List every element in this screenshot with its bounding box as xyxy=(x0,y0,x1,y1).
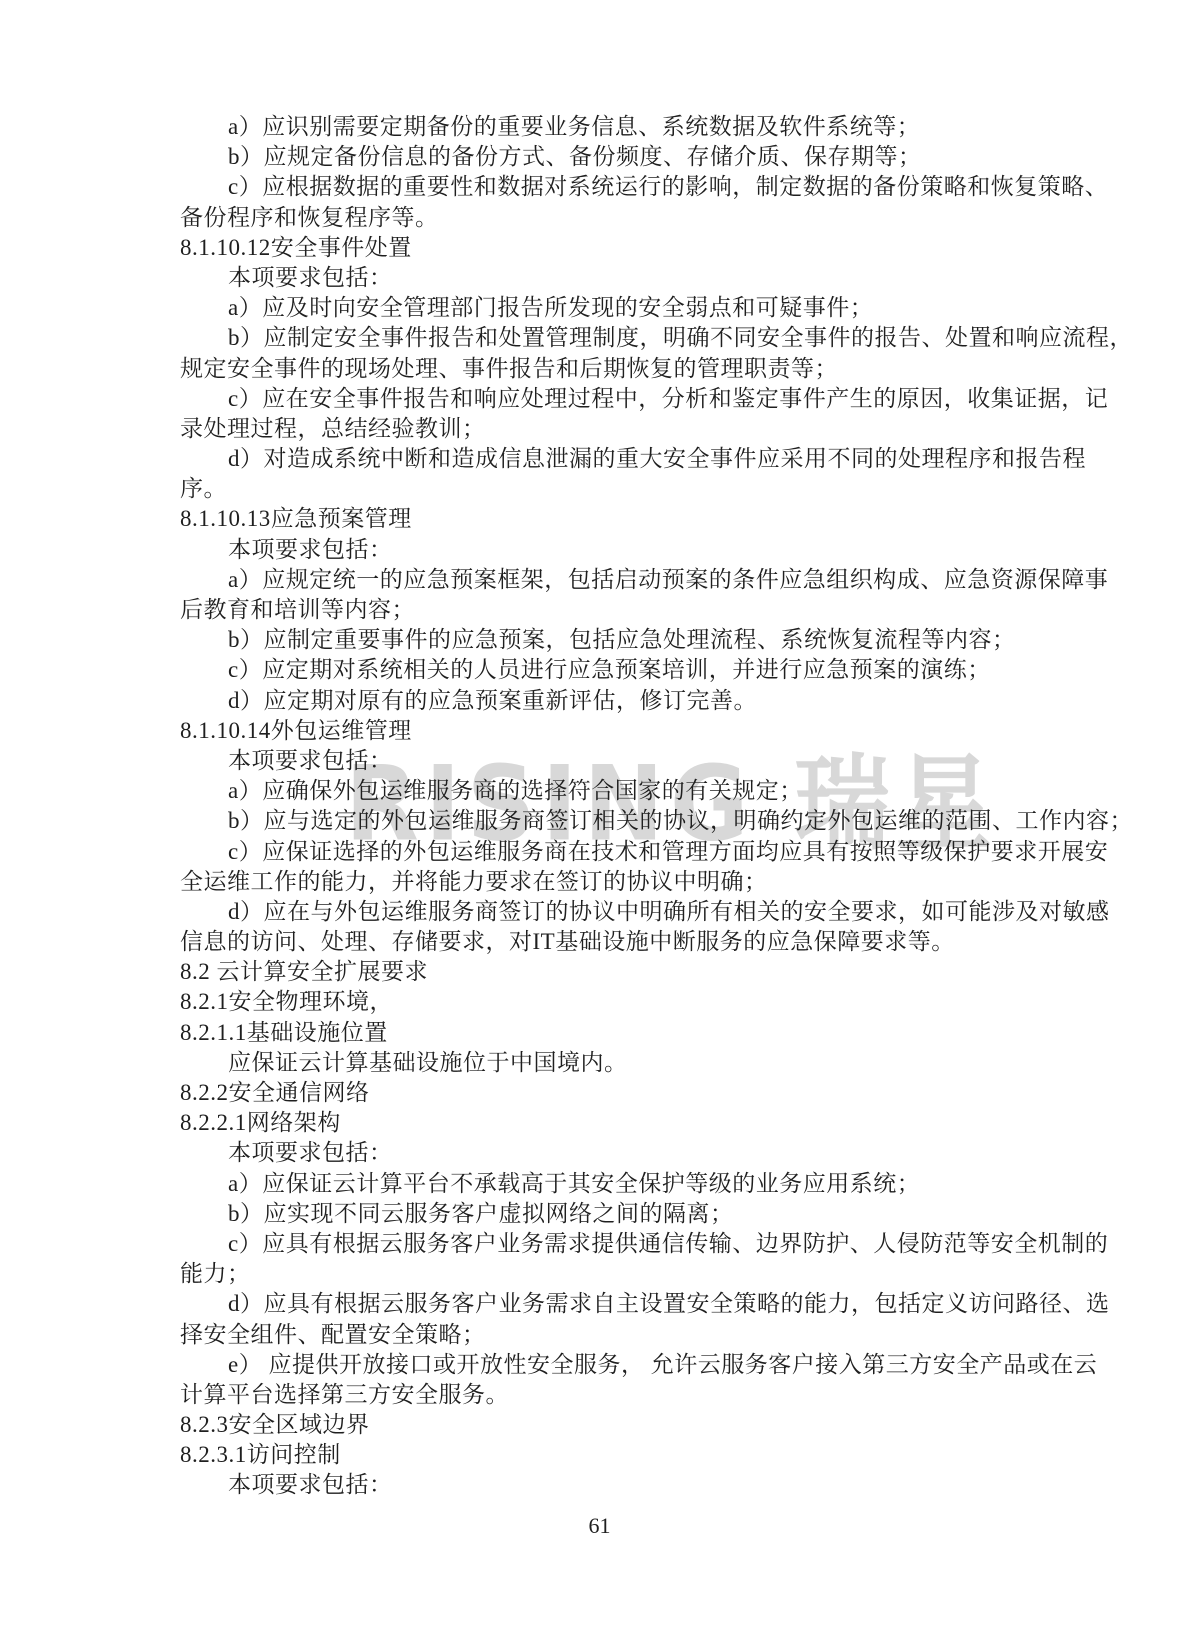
text-line: 择安全组件、配置安全策略； xyxy=(180,1320,1080,1350)
text-line: 能力； xyxy=(180,1259,1080,1289)
text-line: 备份程序和恢复程序等。 xyxy=(180,203,1080,233)
text-line: c）应具有根据云服务客户业务需求提供通信传输、边界防护、人侵防范等安全机制的 xyxy=(180,1229,1080,1259)
text-line: 后教育和培训等内容； xyxy=(180,595,1080,625)
text-line: d）对造成系统中断和造成信息泄漏的重大安全事件应采用不同的处理程序和报告程 xyxy=(180,444,1080,474)
text-block: a）应识别需要定期备份的重要业务信息、系统数据及软件系统等；b）应规定备份信息的… xyxy=(180,112,1080,1501)
text-line: 本项要求包括： xyxy=(180,746,1080,776)
text-line: 本项要求包括： xyxy=(180,1470,1080,1500)
text-line: 8.2.1.1基础设施位置 xyxy=(180,1018,1080,1048)
text-line: b）应实现不同云服务客户虚拟网络之间的隔离； xyxy=(180,1199,1080,1229)
text-line: c）应保证选择的外包运维服务商在技术和管理方面均应具有按照等级保护要求开展安 xyxy=(180,837,1080,867)
text-line: c）应根据数据的重要性和数据对系统运行的影响，制定数据的备份策略和恢复策略、 xyxy=(180,172,1080,202)
text-line: b）应制定重要事件的应急预案，包括应急处理流程、系统恢复流程等内容； xyxy=(180,625,1080,655)
text-line: 8.2.2安全通信网络 xyxy=(180,1078,1080,1108)
text-line: d）应定期对原有的应急预案重新评估，修订完善。 xyxy=(180,686,1080,716)
text-line: a）应识别需要定期备份的重要业务信息、系统数据及软件系统等； xyxy=(180,112,1080,142)
text-line: e） 应提供开放接口或开放性安全服务， 允许云服务客户接入第三方安全产品或在云 xyxy=(180,1350,1080,1380)
text-line: c）应在安全事件报告和响应处理过程中，分析和鉴定事件产生的原因，收集证据，记 xyxy=(180,384,1080,414)
text-line: 8.1.10.13应急预案管理 xyxy=(180,504,1080,534)
text-line: 本项要求包括： xyxy=(180,263,1080,293)
text-line: b）应与选定的外包运维服务商签订相关的协议，明确约定外包运维的范围、工作内容； xyxy=(180,806,1080,836)
text-line: b）应规定备份信息的备份方式、备份频度、存储介质、保存期等； xyxy=(180,142,1080,172)
page-number: 61 xyxy=(0,1513,1199,1539)
text-line: 8.2.3.1访问控制 xyxy=(180,1440,1080,1470)
text-line: a）应确保外包运维服务商的选择符合国家的有关规定； xyxy=(180,776,1080,806)
text-line: 应保证云计算基础设施位于中国境内。 xyxy=(180,1048,1080,1078)
text-line: 本项要求包括： xyxy=(180,1138,1080,1168)
text-line: 录处理过程，总结经验教训； xyxy=(180,414,1080,444)
text-line: 8.2.2.1网络架构 xyxy=(180,1108,1080,1138)
text-line: d）应具有根据云服务客户业务需求自主设置安全策略的能力，包括定义访问路径、选 xyxy=(180,1289,1080,1319)
text-line: a）应及时向安全管理部门报告所发现的安全弱点和可疑事件； xyxy=(180,293,1080,323)
text-line: 全运维工作的能力，并将能力要求在签订的协议中明确； xyxy=(180,867,1080,897)
text-line: d）应在与外包运维服务商签订的协议中明确所有相关的安全要求，如可能涉及对敏感 xyxy=(180,897,1080,927)
text-line: 序。 xyxy=(180,474,1080,504)
text-line: a）应保证云计算平台不承载高于其安全保护等级的业务应用系统； xyxy=(180,1169,1080,1199)
text-line: 8.1.10.12安全事件处置 xyxy=(180,233,1080,263)
text-line: 信息的访问、处理、存储要求，对IT基础设施中断服务的应急保障要求等。 xyxy=(180,927,1080,957)
text-line: c）应定期对系统相关的人员进行应急预案培训，并进行应急预案的演练； xyxy=(180,655,1080,685)
text-line: 规定安全事件的现场处理、事件报告和后期恢复的管理职责等； xyxy=(180,354,1080,384)
text-line: 计算平台选择第三方安全服务。 xyxy=(180,1380,1080,1410)
text-line: 8.2.3安全区域边界 xyxy=(180,1410,1080,1440)
text-line: 本项要求包括： xyxy=(180,535,1080,565)
text-line: 8.2 云计算安全扩展要求 xyxy=(180,957,1080,987)
text-line: 8.1.10.14外包运维管理 xyxy=(180,716,1080,746)
text-line: a）应规定统一的应急预案框架，包括启动预案的条件应急组织构成、应急资源保障事 xyxy=(180,565,1080,595)
document-page: RISING 瑞星 a）应识别需要定期备份的重要业务信息、系统数据及软件系统等；… xyxy=(0,0,1199,1627)
text-line: b）应制定安全事件报告和处置管理制度，明确不同安全事件的报告、处置和响应流程， xyxy=(180,323,1080,353)
text-line: 8.2.1安全物理环境， xyxy=(180,987,1080,1017)
